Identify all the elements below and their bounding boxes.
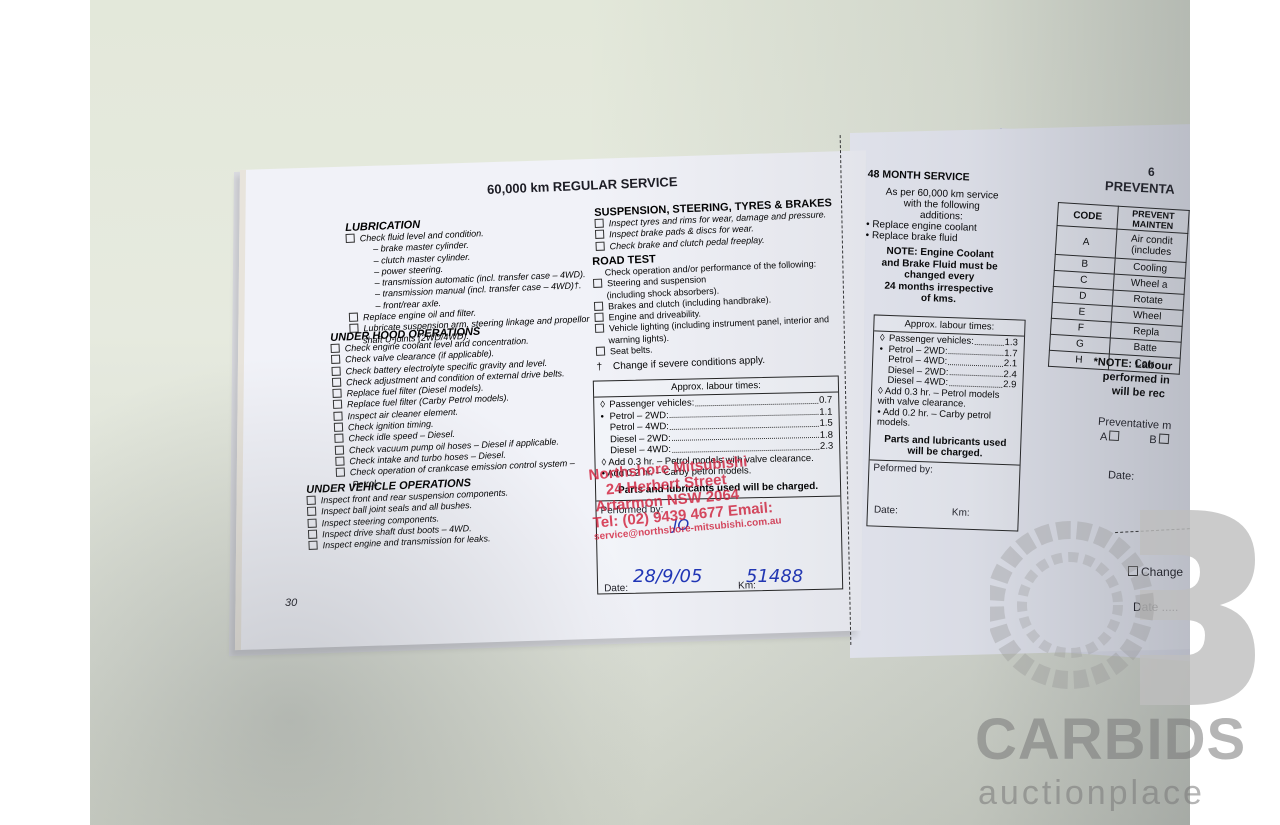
dot-leader — [948, 357, 1003, 366]
date-label: Date: — [604, 582, 628, 593]
road-test-section: ROAD TEST Check operation and/or perform… — [592, 246, 831, 373]
bullet-text: Replace brake fluid — [872, 230, 958, 244]
row-value: 1.8 — [820, 429, 833, 441]
checkbox[interactable] — [307, 507, 316, 516]
month-service-section: 48 MONTH SERVICE As per 60,000 km servic… — [863, 168, 1018, 308]
checkbox[interactable] — [331, 355, 340, 364]
change-label: Change — [1141, 565, 1183, 579]
checkbox[interactable] — [594, 301, 603, 310]
checkbox[interactable] — [308, 541, 317, 550]
row-label: Diesel – 4WD: — [610, 444, 671, 457]
checkbox[interactable] — [332, 389, 341, 398]
row-value: 1.1 — [819, 406, 832, 418]
dot-leader — [949, 378, 1002, 387]
checkbox[interactable] — [335, 456, 344, 465]
page-number: 30 — [285, 597, 297, 609]
photo: 60,000 km REGULAR SERVICE LUBRICATION Ch… — [90, 0, 1190, 825]
dot-leader — [670, 418, 819, 430]
row-value: 2.9 — [1003, 380, 1017, 391]
row-mark: • — [600, 411, 609, 423]
checkbox[interactable] — [332, 377, 341, 386]
code-cell: A — [1055, 225, 1117, 258]
checkbox[interactable] — [334, 423, 343, 432]
dot-leader — [949, 347, 1004, 356]
row-mark — [601, 434, 610, 446]
checkbox[interactable] — [346, 234, 355, 243]
row-mark — [879, 355, 888, 366]
row-mark: ◊ — [600, 399, 609, 411]
change-option: Change — [1128, 565, 1183, 579]
row-mark: • — [879, 344, 888, 355]
checkbox[interactable] — [595, 219, 604, 228]
checkbox[interactable] — [595, 241, 604, 250]
checkbox[interactable] — [308, 529, 317, 538]
footnote-mark: † — [596, 362, 602, 373]
dot-leader — [975, 337, 1004, 345]
row-value: 0.7 — [819, 395, 832, 407]
checkbox[interactable] — [331, 344, 340, 353]
checkbox[interactable] — [594, 313, 603, 322]
checkbox[interactable] — [349, 313, 358, 322]
dot-leader — [672, 429, 819, 441]
list-item-text: warning lights). — [608, 333, 669, 346]
handwritten-km: 51488 — [746, 566, 803, 587]
dot-leader — [672, 441, 819, 453]
checkbox[interactable] — [331, 366, 340, 375]
dot-leader — [695, 395, 818, 406]
km-label: Km: — [952, 507, 970, 519]
checkbox[interactable] — [307, 496, 316, 505]
check-label: A — [1100, 431, 1108, 443]
under-hood-section: UNDER HOOD OPERATIONS Check engine coola… — [330, 322, 576, 491]
labour-times-box-48: Approx. labour times: ◊Passenger vehicle… — [866, 314, 1025, 531]
checkbox[interactable] — [333, 411, 342, 420]
checkbox-change[interactable] — [1128, 566, 1138, 576]
preventative-note: *NOTE: Labourperformed inwill be rec — [1091, 355, 1172, 402]
dot-leader — [670, 406, 819, 418]
checkbox[interactable] — [596, 347, 605, 356]
row-mark — [879, 365, 888, 376]
checkbox[interactable] — [333, 400, 342, 409]
checkbox-b[interactable] — [1158, 433, 1169, 444]
date-label: Date: — [874, 504, 898, 516]
under-vehicle-section: UNDER VEHICLE OPERATIONS Inspect front a… — [306, 476, 510, 553]
checkbox[interactable] — [335, 445, 344, 454]
performed-label: Peformed by: — [873, 462, 933, 475]
service-booklet: 60,000 km REGULAR SERVICE LUBRICATION Ch… — [90, 0, 1190, 825]
checkbox[interactable] — [334, 434, 343, 443]
checkbox-a[interactable] — [1109, 430, 1120, 441]
row-mark — [601, 445, 610, 457]
preventative-table: CODE PREVENT MAINTEN AAir condit (includ… — [1048, 202, 1190, 375]
performed-area: Peformed by: Date: Km: — [868, 459, 1020, 525]
row-value: 2.3 — [820, 441, 833, 453]
checkbox[interactable] — [307, 518, 316, 527]
dot-leader — [949, 368, 1002, 377]
row-mark — [601, 422, 610, 434]
check-label: B — [1149, 434, 1157, 446]
list-item-text: Seat belts. — [610, 345, 653, 357]
date-dots: Date ..... — [1133, 600, 1178, 614]
checkbox[interactable] — [595, 324, 604, 333]
row-value: 1.5 — [819, 418, 832, 430]
item-cell: Air condit (includes — [1115, 229, 1188, 262]
preventative-number: 6 — [1148, 165, 1155, 179]
date-label: Date: — [1108, 469, 1135, 483]
checkbox[interactable] — [336, 468, 345, 477]
checkbox[interactable] — [593, 279, 602, 288]
checkbox[interactable] — [595, 230, 604, 239]
handwritten-date: 28/9/05 — [633, 566, 702, 587]
